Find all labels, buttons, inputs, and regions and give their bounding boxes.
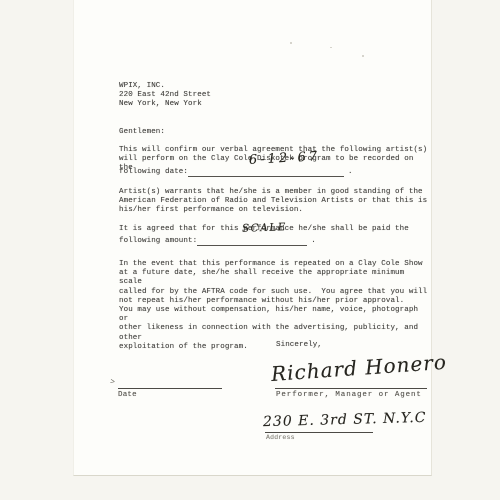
paragraph-4: In the event that this performance is re… <box>119 260 431 306</box>
address-line-label: Address <box>266 434 295 441</box>
signature-line <box>275 388 427 389</box>
handwritten-amount: SCALE <box>242 223 287 234</box>
signature-line-label: Performer, Manager or Agent <box>276 391 422 399</box>
stray-pen-mark: > <box>109 378 115 388</box>
paragraph-5: You may use without compensation, his/he… <box>119 306 431 352</box>
recipient-address: WPIX, INC. 220 East 42nd Street New York… <box>119 82 211 110</box>
amount-blank-suffix: . <box>311 237 316 246</box>
scan-speck <box>362 55 364 57</box>
amount-blank-underline: SCALE <box>197 215 307 246</box>
paragraph-2: Artist(s) warrants that he/she is a memb… <box>119 188 427 216</box>
handwritten-date: 6-12-67 <box>249 152 321 165</box>
date-blank-prefix: following date: <box>119 168 188 177</box>
date-line <box>118 388 222 389</box>
amount-blank-prefix: following amount: <box>119 237 197 246</box>
scan-speck <box>290 42 292 44</box>
address-line <box>265 432 373 433</box>
date-line-label: Date <box>118 391 137 399</box>
date-blank-suffix: . <box>348 168 353 177</box>
handwritten-signature: Richard Honero <box>270 350 447 386</box>
date-fill-line: following date: 6-12-67 . <box>119 163 353 177</box>
handwritten-address: 230 E. 3rd ST. N.Y.C <box>263 410 427 430</box>
salutation: Gentlemen: <box>119 128 165 137</box>
scan-speck <box>330 47 332 48</box>
date-blank-underline: 6-12-67 <box>188 145 344 177</box>
closing: Sincerely, <box>276 341 322 350</box>
letter-page: > WPIX, INC. 220 East 42nd Street New Yo… <box>73 0 432 476</box>
scanned-letter-background: > WPIX, INC. 220 East 42nd Street New Yo… <box>0 0 500 500</box>
amount-fill-line: following amount: SCALE . <box>119 233 316 246</box>
